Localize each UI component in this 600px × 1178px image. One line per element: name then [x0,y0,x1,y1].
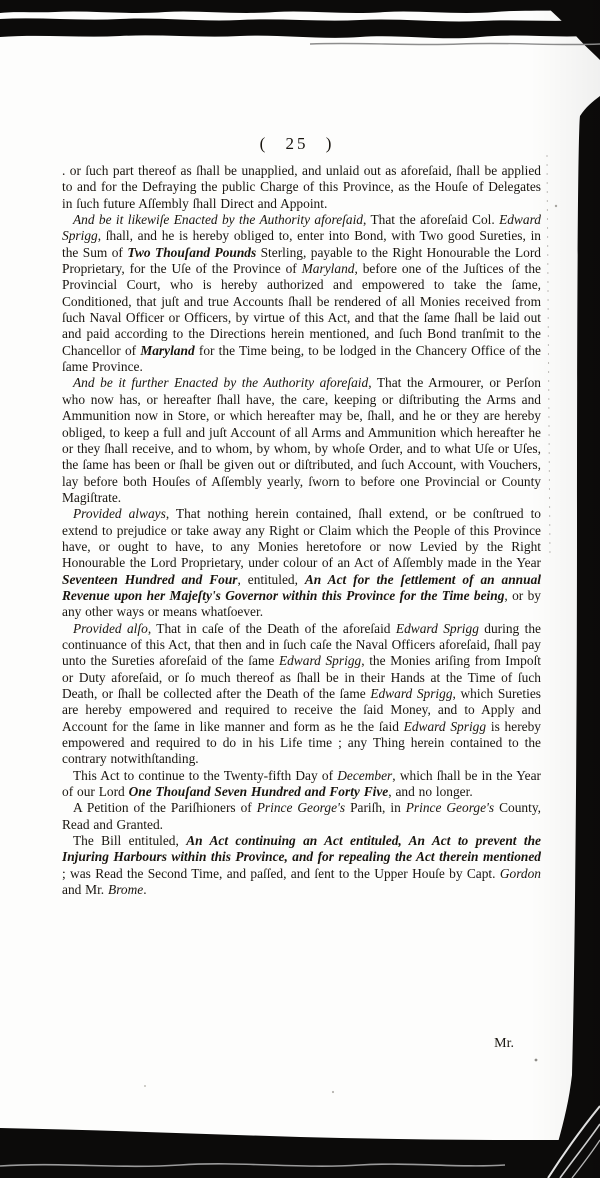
text-run: Provided alſo [73,621,148,636]
text-run: , That the Armourer, or Perſon who now h… [62,375,541,504]
text-run: ; was Read the Second Time, and paſſed, … [62,866,500,881]
scan-speck [332,1091,334,1093]
text-run: Prince George's [257,800,345,815]
text-run: Pariſh, in [345,800,406,815]
catchword: Mr. [62,1036,514,1052]
text-run: , That the aforeſaid Col. [363,212,499,227]
text-run: And be it likewiſe Enacted by the Author… [73,212,363,227]
text-run: , and no longer. [388,784,472,799]
text-run: . or ſuch part thereof as ſhall be unapp… [62,163,541,211]
text-run: and Mr. [62,882,108,897]
scan-bottom-wavy-streak [0,1164,505,1166]
para-proviso-death: Provided alſo, That in caſe of the Death… [62,621,541,768]
para-unapplied-funds: . or ſuch part thereof as ſhall be unapp… [62,163,541,212]
text-run: , entituled, [238,572,305,587]
text-run: This Act to continue to the Twenty-fifth… [73,768,337,783]
text-run: One Thouſand Seven Hundred and Forty Fiv… [129,784,389,799]
scan-top-thin-line [310,43,600,44]
text-run: Edward Sprigg [396,621,479,636]
text-run: And be it further Enacted by the Authori… [73,375,368,390]
text-run: December [337,768,392,783]
para-armourer-accounts: And be it further Enacted by the Authori… [62,375,541,506]
scan-speck [555,205,557,207]
scan-margin-dotted-artifact [547,155,550,560]
text-run: The Bill entituled, [73,833,186,848]
text-run: Brome [108,882,143,897]
scan-right-edge-band [548,96,600,1178]
scan-corner-streak-1 [548,1106,600,1178]
text-run: Edward Sprigg [404,719,486,734]
text-run: Two Thouſand Pounds [127,245,256,260]
scan-corner-streak-2 [560,1124,600,1178]
page-number: ( 25 ) [62,134,532,154]
text-run: Gordon [500,866,541,881]
text-run: , That in caſe of the Death of the afore… [148,621,396,636]
text-run: Seventeen Hundred and Four [62,572,238,587]
scan-top-right-curl [540,0,600,60]
para-harbours-bill: The Bill entituled, An Act continuing an… [62,833,541,898]
text-run: . [143,882,146,897]
scan-top-edge-band-2 [0,18,600,38]
text-run: Edward Sprigg [279,653,361,668]
text-run: Maryland [140,343,194,358]
para-petition: A Petition of the Pariſhioners of Prince… [62,800,541,833]
scan-top-edge-band-1 [0,0,600,13]
text-run: Provided always [73,506,166,521]
text-run: Prince George's [406,800,494,815]
para-act-duration: This Act to continue to the Twenty-fifth… [62,768,541,801]
scan-bottom-edge-band [0,1128,600,1178]
scan-speck [535,1059,538,1062]
body-text: . or ſuch part thereof as ſhall be unapp… [62,163,541,898]
para-sprigg-bond: And be it likewiſe Enacted by the Author… [62,212,541,375]
text-run: Maryland [302,261,355,276]
text-run: Edward Sprigg [370,686,452,701]
text-run: A Petition of the Pariſhioners of [73,800,257,815]
para-proviso-rights: Provided always, That nothing herein con… [62,506,541,620]
scan-speck [144,1085,146,1087]
scan-corner-streak-3 [572,1140,600,1178]
scanned-book-page: ( 25 ) . or ſuch part thereof as ſhall b… [0,0,600,1178]
